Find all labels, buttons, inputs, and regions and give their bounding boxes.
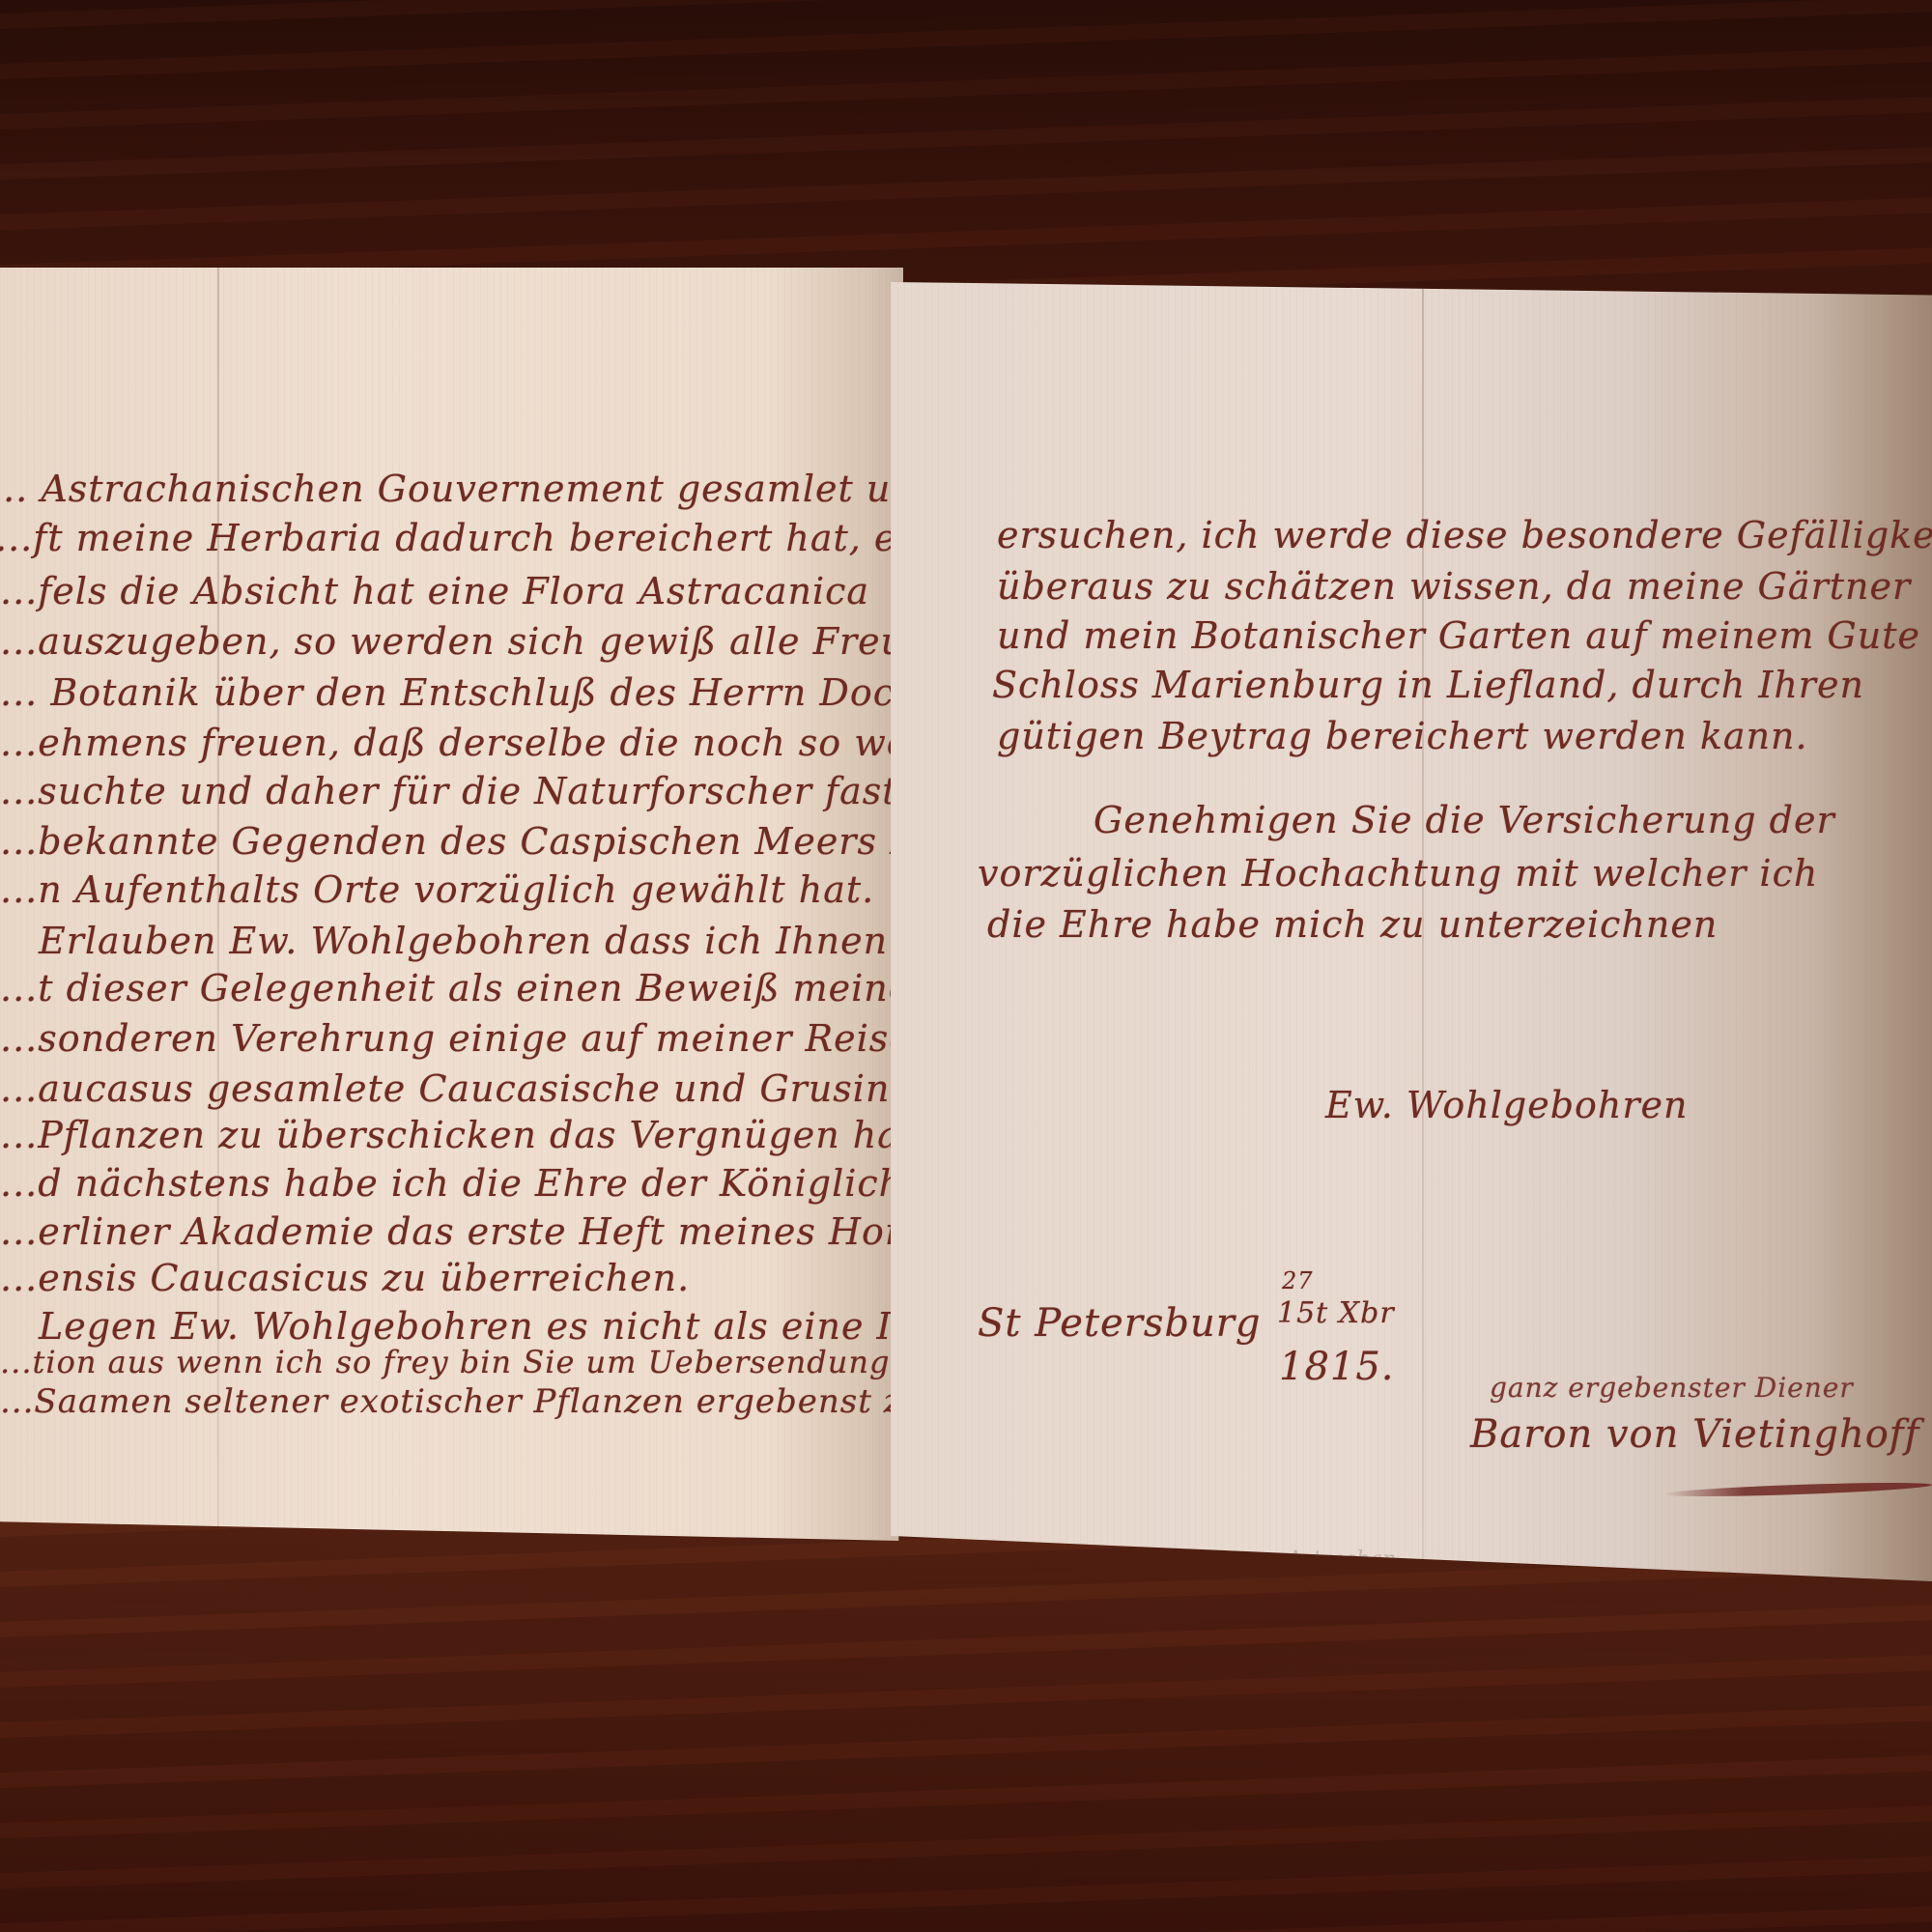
text-line: ... Astrachanischen Gouvernement gesamle… bbox=[0, 468, 903, 510]
text-line: ...auszugeben, so werden sich gewiß alle… bbox=[0, 620, 903, 663]
right-page: ersuchen, ich werde diese besondere Gefä… bbox=[891, 282, 1932, 1581]
text-line: gütigen Beytrag bereichert werden kann. bbox=[997, 715, 1808, 757]
signature: Baron von Vietinghoff bbox=[1470, 1412, 1919, 1457]
text-line: ersuchen, ich werde diese besondere Gefä… bbox=[997, 514, 1932, 556]
pencil-annotation: Astrachan bbox=[1287, 1548, 1396, 1572]
text-line: ...ehmens freuen, daß derselbe die noch … bbox=[0, 722, 903, 764]
text-line: ...sonderen Verehrung einige auf meiner … bbox=[0, 1017, 903, 1060]
text-line: ...n Aufenthalts Orte vorzüglich gewählt… bbox=[0, 868, 874, 911]
text-line: vorzüglichen Hochachtung mit welcher ich bbox=[978, 852, 1818, 895]
text-line: ...d nächstens habe ich die Ehre der Kön… bbox=[0, 1162, 903, 1205]
signature-flourish bbox=[1663, 1480, 1932, 1499]
date-day-month: 15t Xbr bbox=[1277, 1296, 1395, 1330]
text-line: überaus zu schätzen wissen, da meine Gär… bbox=[997, 565, 1911, 608]
text-line: ...Pflanzen zu überschicken das Vergnüge… bbox=[0, 1114, 903, 1156]
text-line: ...suchte und daher für die Naturforsche… bbox=[0, 770, 903, 812]
text-line: ...tion aus wenn ich so frey bin Sie um … bbox=[0, 1344, 903, 1380]
text-line: ... Botanik über den Entschluß des Herrn… bbox=[0, 671, 903, 714]
text-line: ...ensis Caucasicus zu überreichen. bbox=[0, 1257, 690, 1299]
text-line: ...t dieser Gelegenheit als einen Beweiß… bbox=[0, 967, 903, 1009]
place-name: St Petersburg bbox=[978, 1301, 1261, 1346]
text-line: Erlauben Ew. Wohlgebohren dass ich Ihnen bbox=[39, 920, 888, 962]
text-line: und mein Botanischer Garten auf meinem G… bbox=[997, 614, 1920, 657]
date-year: 1815. bbox=[1279, 1345, 1395, 1389]
text-line: ...bekannte Gegenden des Caspischen Meer… bbox=[0, 820, 903, 863]
left-page: ... Astrachanischen Gouvernement gesamle… bbox=[0, 268, 903, 1541]
salutation: Ew. Wohlgebohren bbox=[1325, 1084, 1689, 1126]
text-line: ...fels die Absicht hat eine Flora Astra… bbox=[0, 570, 869, 612]
date-day-old-style: 27 bbox=[1282, 1267, 1314, 1294]
text-line: Schloss Marienburg in Liefland, durch Ih… bbox=[992, 664, 1864, 706]
closing-phrase: ganz ergebenster Diener bbox=[1490, 1372, 1854, 1404]
text-line: die Ehre habe mich zu unterzeichnen bbox=[987, 903, 1718, 946]
text-line: ...aucasus gesamlete Caucasische und Gru… bbox=[0, 1067, 903, 1110]
text-line: ...Saamen seltener exotischer Pflanzen e… bbox=[0, 1382, 903, 1421]
text-line: ...erliner Akademie das erste Heft meine… bbox=[0, 1210, 903, 1253]
text-line: ...ft meine Herbaria dadurch bereichert … bbox=[0, 517, 903, 559]
text-line: Genehmigen Sie die Versicherung der bbox=[1094, 799, 1835, 841]
text-line: Legen Ew. Wohlgebohren es nicht als eine… bbox=[39, 1305, 903, 1348]
